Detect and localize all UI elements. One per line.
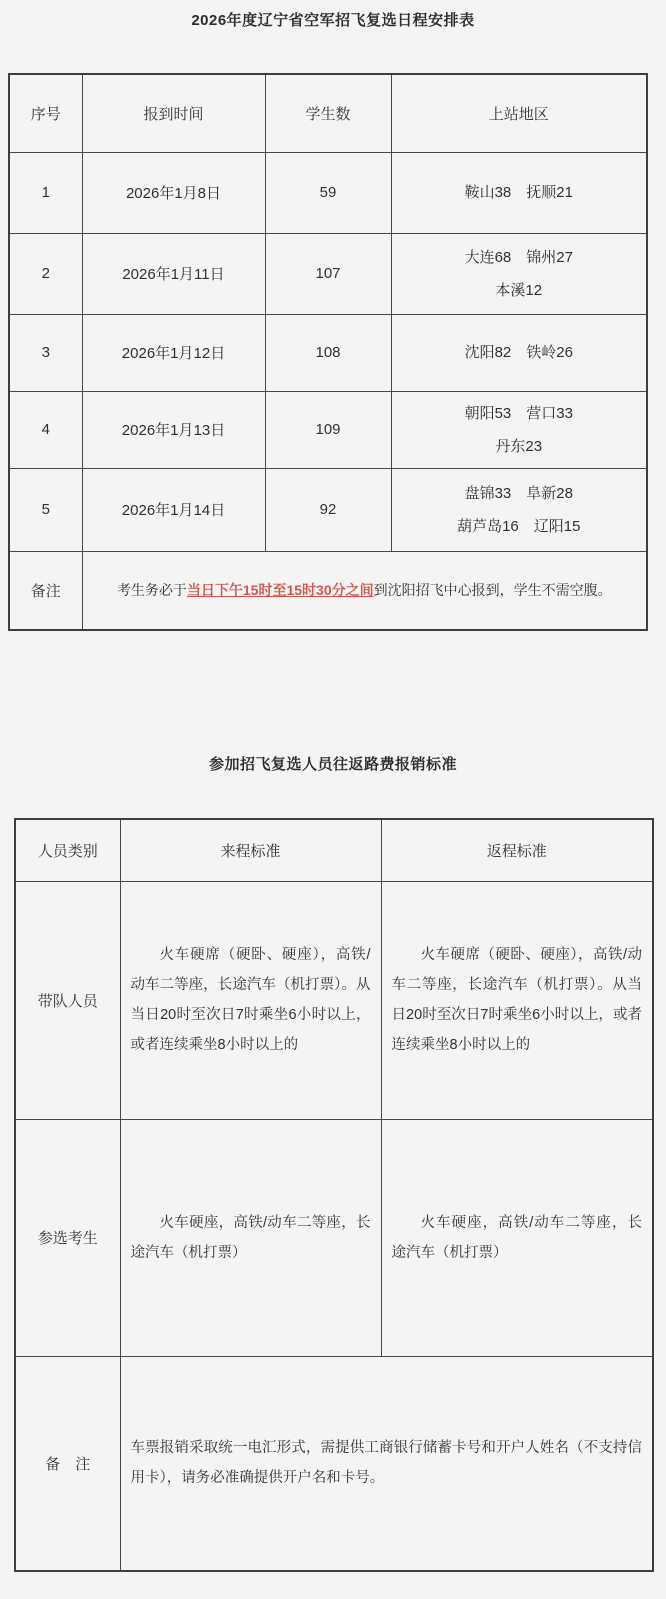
schedule-cell-count: 109 — [265, 391, 391, 468]
schedule-row: 3 2026年1月12日 108 沈阳82 铁岭26 — [9, 314, 647, 391]
note-suffix: 到沈阳招飞中心报到，学生不需空腹。 — [374, 582, 612, 598]
schedule-cell-no: 1 — [9, 152, 82, 233]
schedule-note-text: 考生务必于当日下午15时至15时30分之间到沈阳招飞中心报到，学生不需空腹。 — [82, 551, 647, 630]
reimburse-row-leaders: 带队人员 火车硬席（硬卧、硬座），高铁/动车二等座，长途汽车（机打票）。从当日2… — [15, 881, 653, 1119]
schedule-cell-no: 4 — [9, 391, 82, 468]
schedule-row: 1 2026年1月8日 59 鞍山38 抚顺21 — [9, 152, 647, 233]
reimburse-cell-inbound: 火车硬席（硬卧、硬座），高铁/动车二等座，长途汽车（机打票）。从当日20时至次日… — [381, 881, 653, 1119]
reimburse-header-outbound: 来程标准 — [120, 819, 381, 881]
schedule-cell-areas: 鞍山38 抚顺21 — [391, 152, 647, 233]
note-prefix: 考生务必于 — [117, 582, 187, 598]
area-line: 沈阳82 铁岭26 — [398, 336, 641, 369]
schedule-header-date: 报到时间 — [82, 74, 265, 152]
note-highlight-red: 当日下午15时至15时30分之间 — [187, 582, 374, 598]
reimburse-header-row: 人员类别 来程标准 返程标准 — [15, 819, 653, 881]
reimburse-note-label: 备 注 — [15, 1356, 120, 1571]
schedule-table: 序号 报到时间 学生数 上站地区 1 2026年1月8日 59 鞍山38 抚顺2… — [8, 73, 648, 631]
schedule-cell-no: 3 — [9, 314, 82, 391]
schedule-cell-count: 108 — [265, 314, 391, 391]
schedule-cell-no: 2 — [9, 233, 82, 314]
reimburse-row-candidates: 参选考生 火车硬座，高铁/动车二等座，长途汽车（机打票） 火车硬座，高铁/动车二… — [15, 1119, 653, 1356]
schedule-header-no: 序号 — [9, 74, 82, 152]
reimburse-table: 人员类别 来程标准 返程标准 带队人员 火车硬席（硬卧、硬座），高铁/动车二等座… — [14, 818, 654, 1572]
schedule-header-areas: 上站地区 — [391, 74, 647, 152]
schedule-note-label: 备注 — [9, 551, 82, 630]
schedule-cell-date: 2026年1月12日 — [82, 314, 265, 391]
schedule-cell-count: 59 — [265, 152, 391, 233]
schedule-cell-date: 2026年1月8日 — [82, 152, 265, 233]
schedule-cell-count: 92 — [265, 468, 391, 551]
reimburse-cell-category: 带队人员 — [15, 881, 120, 1119]
schedule-cell-areas: 盘锦33 阜新28 葫芦岛16 辽阳15 — [391, 468, 647, 551]
schedule-cell-date: 2026年1月13日 — [82, 391, 265, 468]
reimburse-table-title: 参加招飞复选人员往返路费报销标准 — [0, 756, 666, 774]
schedule-cell-areas: 朝阳53 营口33 丹东23 — [391, 391, 647, 468]
schedule-cell-date: 2026年1月14日 — [82, 468, 265, 551]
reimburse-note-text: 车票报销采取统一电汇形式，需提供工商银行储蓄卡号和开户人姓名（不支持信用卡），请… — [120, 1356, 653, 1571]
schedule-header-row: 序号 报到时间 学生数 上站地区 — [9, 74, 647, 152]
area-line: 葫芦岛16 辽阳15 — [398, 510, 641, 543]
reimburse-note-row: 备 注 车票报销采取统一电汇形式，需提供工商银行储蓄卡号和开户人姓名（不支持信用… — [15, 1356, 653, 1571]
schedule-row: 2 2026年1月11日 107 大连68 锦州27 本溪12 — [9, 233, 647, 314]
area-line: 本溪12 — [398, 274, 641, 307]
area-line: 鞍山38 抚顺21 — [398, 176, 641, 209]
area-line: 丹东23 — [398, 430, 641, 463]
schedule-header-count: 学生数 — [265, 74, 391, 152]
reimburse-header-category: 人员类别 — [15, 819, 120, 881]
schedule-cell-areas: 沈阳82 铁岭26 — [391, 314, 647, 391]
schedule-cell-date: 2026年1月11日 — [82, 233, 265, 314]
reimburse-cell-inbound: 火车硬座，高铁/动车二等座，长途汽车（机打票） — [381, 1119, 653, 1356]
schedule-row: 4 2026年1月13日 109 朝阳53 营口33 丹东23 — [9, 391, 647, 468]
schedule-table-title: 2026年度辽宁省空军招飞复选日程安排表 — [0, 12, 666, 30]
schedule-row: 5 2026年1月14日 92 盘锦33 阜新28 葫芦岛16 辽阳15 — [9, 468, 647, 551]
schedule-note-row: 备注 考生务必于当日下午15时至15时30分之间到沈阳招飞中心报到，学生不需空腹… — [9, 551, 647, 630]
reimburse-cell-category: 参选考生 — [15, 1119, 120, 1356]
reimburse-header-inbound: 返程标准 — [381, 819, 653, 881]
reimburse-cell-outbound: 火车硬席（硬卧、硬座），高铁/动车二等座，长途汽车（机打票）。从当日20时至次日… — [120, 881, 381, 1119]
area-line: 盘锦33 阜新28 — [398, 477, 641, 510]
area-line: 朝阳53 营口33 — [398, 397, 641, 430]
reimburse-cell-outbound: 火车硬座，高铁/动车二等座，长途汽车（机打票） — [120, 1119, 381, 1356]
area-line: 大连68 锦州27 — [398, 241, 641, 274]
schedule-cell-no: 5 — [9, 468, 82, 551]
schedule-cell-areas: 大连68 锦州27 本溪12 — [391, 233, 647, 314]
schedule-cell-count: 107 — [265, 233, 391, 314]
